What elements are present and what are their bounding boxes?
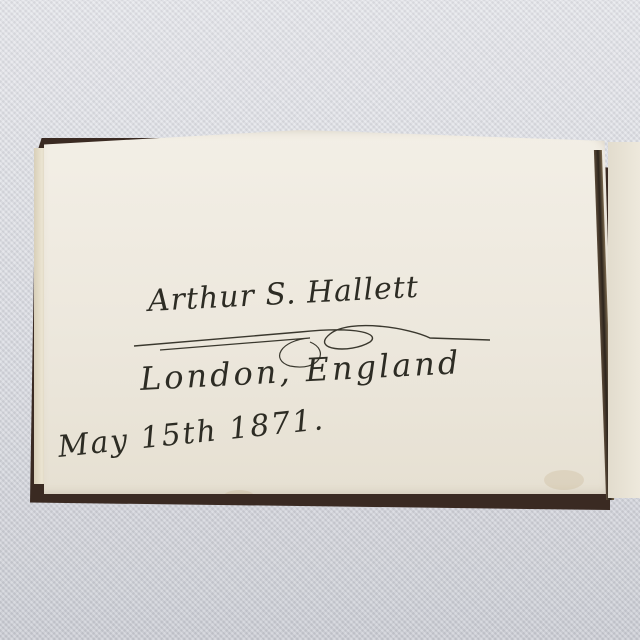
album-photo: Arthur S. Hallett London, England May 15… bbox=[0, 0, 640, 640]
facing-page bbox=[608, 142, 640, 498]
